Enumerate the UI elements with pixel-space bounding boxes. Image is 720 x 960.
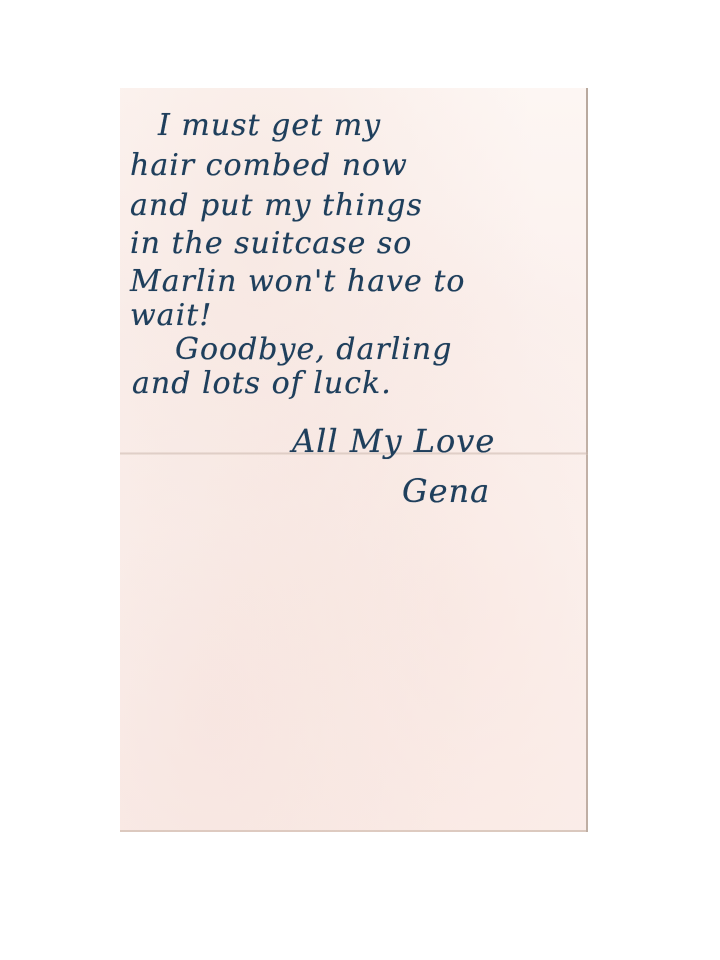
letter-line-2: hair combed now [130,148,408,183]
letter-line-4: in the suitcase so [130,226,412,261]
letter-page: I must get my hair combed now and put my… [120,88,588,832]
letter-line-3: and put my things [130,188,423,223]
letter-line-5: Marlin won't have to [130,264,465,299]
letter-closing: All My Love [292,422,495,460]
letter-signature: Gena [402,472,490,510]
letter-line-6: wait! [130,298,212,333]
letter-line-8: and lots of luck. [132,366,392,401]
letter-line-7: Goodbye, darling [175,332,452,367]
letter-line-1: I must get my [158,108,381,143]
